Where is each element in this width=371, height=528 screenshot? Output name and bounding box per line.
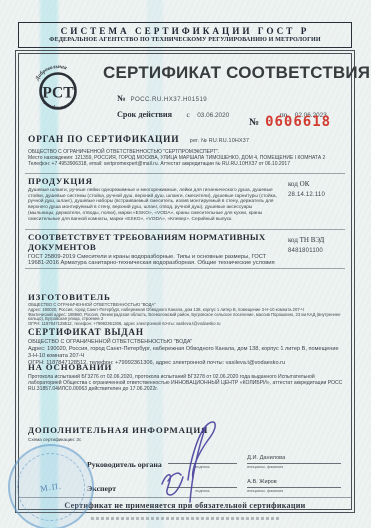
- ok-code-value: 28.14.12.110: [288, 192, 344, 198]
- federal-agency-title: ФЕДЕРАЛЬНОЕ АГЕНТСТВО ПО ТЕХНИЧЕСКОМУ РЕ…: [19, 37, 351, 43]
- section-manufacturer: ИЗГОТОВИТЕЛЬ ОБЩЕСТВО С ОГРАНИЧЕННОЙ ОТВ…: [28, 292, 344, 327]
- org-heading: ОРГАН ПО СЕРТИФИКАЦИИ: [28, 135, 179, 145]
- manufacturer-heading: ИЗГОТОВИТЕЛЬ: [28, 292, 344, 302]
- print-info-microtext: [91, 517, 281, 520]
- signature-ink: [148, 414, 228, 504]
- basis-heading: НА ОСНОВАНИИ: [28, 362, 344, 372]
- blank-number-sign: №: [249, 117, 259, 128]
- section-product: ПРОДУКЦИЯ Душевые шланги, ручные лейки о…: [28, 176, 344, 222]
- rst-monogram: РСТ: [42, 85, 74, 102]
- section-compliance: СООТВЕТСТВУЕТ ТРЕБОВАНИЯМ НОРМАТИВНЫХ ДО…: [28, 232, 344, 267]
- product-heading: ПРОДУКЦИЯ: [28, 176, 280, 186]
- issued-to-address: Адрес: 190020, Россия, город Санкт-Петер…: [28, 346, 344, 359]
- org-address: Место нахождения: 121359, РОССИЯ, ГОРОД …: [28, 155, 344, 161]
- divider: [25, 229, 345, 230]
- issued-to-name: ОБЩЕСТВО С ОГРАНИЧЕННОЙ ОТВЕТСТВЕННОСТЬЮ…: [28, 339, 344, 345]
- validity-from-date: 03.06.2020: [197, 112, 229, 119]
- blank-number-red: 0606618: [265, 114, 331, 130]
- blank-number-row: №0606618: [249, 112, 331, 130]
- ok-code-label: код ОК: [288, 180, 344, 188]
- issued-to-heading: СЕРТИФИКАТ ВЫДАН: [28, 327, 344, 337]
- head-name: Д.И. Данилова: [247, 455, 341, 464]
- section-basis: НА ОСНОВАНИИ Протокола испытаний БГ3276 …: [28, 362, 344, 392]
- section-certification-body: ОРГАН ПО СЕРТИФИКАЦИИ рег. № RU.RU.10НХ3…: [28, 129, 344, 167]
- expert-name: А.В. Жиров: [247, 479, 341, 488]
- org-reg-number: рег. № RU.RU.10НХ37: [190, 138, 249, 144]
- compliance-standards: ГОСТ 25809-2019 Смесители и краны водора…: [28, 254, 280, 268]
- registration-number: РОСС.RU.НХ37.Н01519: [131, 96, 208, 103]
- compliance-heading: СООТВЕТСТВУЕТ ТРЕБОВАНИЯМ НОРМАТИВНЫХ ДО…: [28, 232, 280, 252]
- number-sign: №: [117, 93, 126, 103]
- stamp-mp-label: М.П.: [39, 481, 62, 494]
- divider: [25, 173, 345, 174]
- header-box: СИСТЕМА СЕРТИФИКАЦИИ ГОСТ Р ФЕДЕРАЛЬНОЕ …: [18, 22, 352, 48]
- org-contacts: Телефон: +7 4953906318, email: sertprome…: [28, 161, 344, 167]
- certification-system-title: СИСТЕМА СЕРТИФИКАЦИИ ГОСТ Р: [19, 26, 351, 36]
- validity-from-prefix: с: [187, 110, 190, 119]
- name-caption: инициалы, фамилия: [247, 465, 341, 469]
- basis-text: Протокола испытаний БГ3276 от 02.06.2020…: [28, 374, 344, 392]
- name-caption: инициалы, фамилия: [247, 489, 341, 493]
- product-description: Душевые шланги, ручные лейки однорежимны…: [28, 188, 280, 222]
- section-issued-to: СЕРТИФИКАТ ВЫДАН ОБЩЕСТВО С ОГРАНИЧЕННОЙ…: [28, 327, 344, 367]
- tnved-code-label: код ТН ВЭД: [288, 236, 344, 244]
- divider: [25, 268, 345, 269]
- certificate-title: СЕРТИФИКАТ СООТВЕТСТВИЯ: [103, 63, 351, 83]
- certificate-sheet: СИСТЕМА СЕРТИФИКАЦИИ ГОСТ Р ФЕДЕРАЛЬНОЕ …: [0, 0, 371, 528]
- validity-label: Срок действия: [117, 110, 172, 119]
- rst-certification-logo: Добровольная сертификация РСТ: [31, 59, 85, 119]
- tnved-code-value: 8481801100: [288, 248, 344, 254]
- rst-logo-icon: Добровольная сертификация РСТ: [31, 59, 85, 119]
